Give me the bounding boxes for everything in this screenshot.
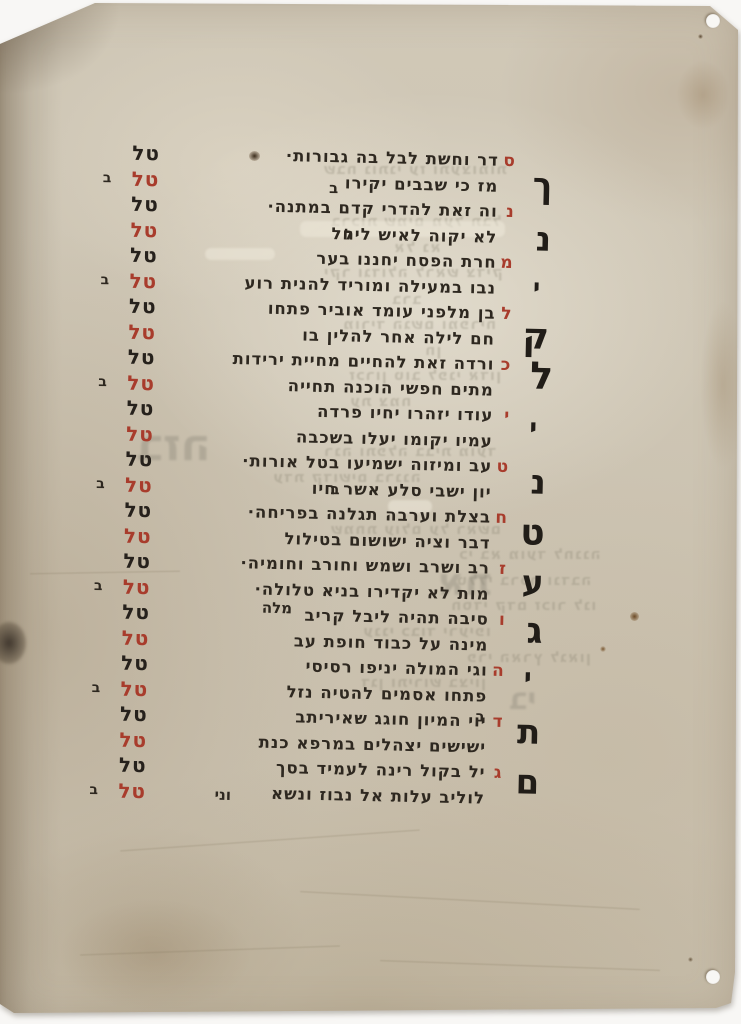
refrain-bet: ב bbox=[96, 476, 105, 492]
line-text: מינה על כבוד חופת עב bbox=[294, 631, 489, 654]
line-text: נבו במעילה ומוריד להנית רוע bbox=[244, 273, 496, 297]
line-text: לוליב עלות אל נבוז ונשא bbox=[271, 784, 485, 808]
refrain-tal: טל bbox=[119, 728, 147, 753]
refrain-tal: טל bbox=[127, 371, 155, 396]
refrain-tal: טל bbox=[132, 141, 160, 166]
refrain-tal: טל bbox=[130, 218, 158, 243]
margin-display-letter: ך bbox=[532, 168, 552, 202]
refrain-tal: טל bbox=[123, 575, 151, 600]
refrain-bet: ב bbox=[100, 272, 109, 288]
acrostic-initial: י bbox=[504, 406, 509, 426]
guide-letter: ב bbox=[330, 480, 340, 498]
parchment-leaf: שבח נותני עז ותעצומות ברכות שמים מעל תבל… bbox=[0, 0, 741, 1024]
refrain-bet: ב bbox=[89, 782, 98, 798]
refrain-tal: טל bbox=[118, 779, 146, 804]
refrain-tal: טל bbox=[120, 702, 148, 727]
refrain-bet: ב bbox=[103, 170, 112, 186]
refrain-tal: טל bbox=[129, 294, 157, 319]
refrain-tal: טל bbox=[121, 626, 149, 651]
manuscript-photo: שבח נותני עז ותעצומות ברכות שמים מעל תבל… bbox=[0, 0, 741, 1024]
acrostic-initial: נ bbox=[506, 202, 514, 222]
line-text: פתחו אסמים להטיה נזל bbox=[286, 682, 487, 705]
refrain-bet: ב bbox=[92, 680, 101, 696]
refrain-tal: טל bbox=[126, 422, 154, 447]
refrain-tal: טל bbox=[120, 677, 148, 702]
refrain-tal: טל bbox=[129, 269, 157, 294]
refrain-tal: טל bbox=[125, 447, 153, 472]
refrain-tal: טל bbox=[123, 549, 151, 574]
line-text: יוי המיון חוגג שאיריתב bbox=[295, 707, 487, 730]
acrostic-initial: ל bbox=[501, 304, 512, 324]
refrain-tal: טל bbox=[124, 498, 152, 523]
margin-display-letter: ג bbox=[526, 613, 543, 649]
line-text: בצלת וערבה תגלנה בפריחה· bbox=[248, 502, 492, 526]
line-text: עמיו יקומו יעלו בשכבה bbox=[296, 427, 493, 450]
refrain-tal: טל bbox=[119, 753, 147, 778]
acrostic-initial: ח bbox=[495, 508, 507, 528]
margin-display-letter: נ bbox=[535, 223, 551, 257]
refrain-tal: טל bbox=[126, 396, 154, 421]
line-text: וה זאת להדרי קדם במתנה· bbox=[267, 197, 498, 221]
refrain-bet: ב bbox=[98, 374, 107, 390]
acrostic-initial: ג bbox=[494, 763, 502, 783]
piyyut-text-block: ס דר וחשת לבל בה גבורות· טל מז כי שבבים … bbox=[0, 0, 741, 1024]
refrain-bet: ב bbox=[94, 578, 103, 594]
line-text: מז כי שבבים יקירו bbox=[345, 173, 499, 195]
margin-display-letter: י bbox=[529, 415, 537, 441]
acrostic-initial: ס bbox=[503, 151, 515, 171]
line-text: רב ושרב ושמש וחורב וחומיה· bbox=[240, 553, 490, 577]
line-text: עב ומיזוה ישמיעו בטל אורות· bbox=[242, 451, 492, 475]
refrain-tal: טל bbox=[130, 243, 158, 268]
acrostic-initial: ד bbox=[492, 712, 502, 732]
guide-letter: ב bbox=[475, 707, 485, 725]
margin-display-letter: ט bbox=[520, 515, 545, 552]
parchment-leaf-wrap: שבח נותני עז ותעצומות ברכות שמים מעל תבל… bbox=[0, 0, 741, 1024]
acrostic-initial: מ bbox=[500, 253, 513, 273]
refrain-tal: טל bbox=[121, 651, 149, 676]
refrain-tal: טל bbox=[122, 600, 150, 625]
line-text: חם לילה אחר להלין בו bbox=[302, 325, 495, 348]
acrostic-initial: ה bbox=[492, 661, 504, 681]
margin-display-letter: נ bbox=[530, 466, 546, 500]
refrain-tal: טל bbox=[125, 473, 153, 498]
line-text: חרת הפסח יחננו בער bbox=[316, 249, 497, 272]
line-text: ישישים יצהלים במרפא כנת bbox=[258, 733, 486, 757]
acrostic-initial: ז bbox=[499, 559, 506, 579]
acrostic-initial: כ bbox=[501, 355, 511, 375]
margin-display-letter: ע bbox=[521, 565, 544, 598]
guide-word: וני bbox=[214, 786, 231, 804]
line-text: סיבה תהיה ליבל קריב bbox=[304, 606, 489, 629]
refrain-tal: טל bbox=[131, 167, 159, 192]
line-text: מתים חפשי הוכנה תחייה bbox=[288, 376, 495, 399]
margin-display-letter: ת bbox=[517, 715, 541, 749]
margin-display-letter: ם bbox=[515, 765, 539, 800]
margin-display-letter: ל bbox=[530, 356, 554, 394]
refrain-tal: טל bbox=[128, 345, 156, 370]
margin-display-letter: ק bbox=[522, 319, 549, 356]
guide-word: מלה bbox=[262, 599, 293, 618]
acrostic-initial: ט bbox=[496, 457, 508, 477]
parchment-hole bbox=[706, 14, 720, 28]
refrain-tal: טל bbox=[128, 320, 156, 345]
line-text: וגי המולה יניפו רסיסי bbox=[305, 657, 488, 680]
line-text: דבר וציה ישושום בטילול bbox=[284, 529, 490, 552]
margin-display-letter: י bbox=[524, 665, 532, 691]
line-text: לא יקוה לאיש ליחל bbox=[331, 224, 497, 247]
refrain-tal: טל bbox=[131, 192, 159, 217]
line-text: בן מלפני עומד אוביר פתחו bbox=[268, 299, 496, 323]
line-text: עודו יזהרו יחיו פרדה bbox=[317, 402, 494, 425]
margin-display-letter: י bbox=[533, 276, 541, 300]
guide-letter: ב bbox=[329, 179, 339, 197]
refrain-tal: טל bbox=[124, 524, 152, 549]
line-text: יל בקול רינה לעמיד בסך bbox=[276, 758, 486, 782]
line-text: דר וחשת לבל בה גבורות· bbox=[286, 146, 499, 170]
acrostic-initial: ו bbox=[499, 610, 505, 630]
parchment-hole bbox=[706, 970, 720, 984]
guide-letter: ל bbox=[344, 225, 353, 243]
